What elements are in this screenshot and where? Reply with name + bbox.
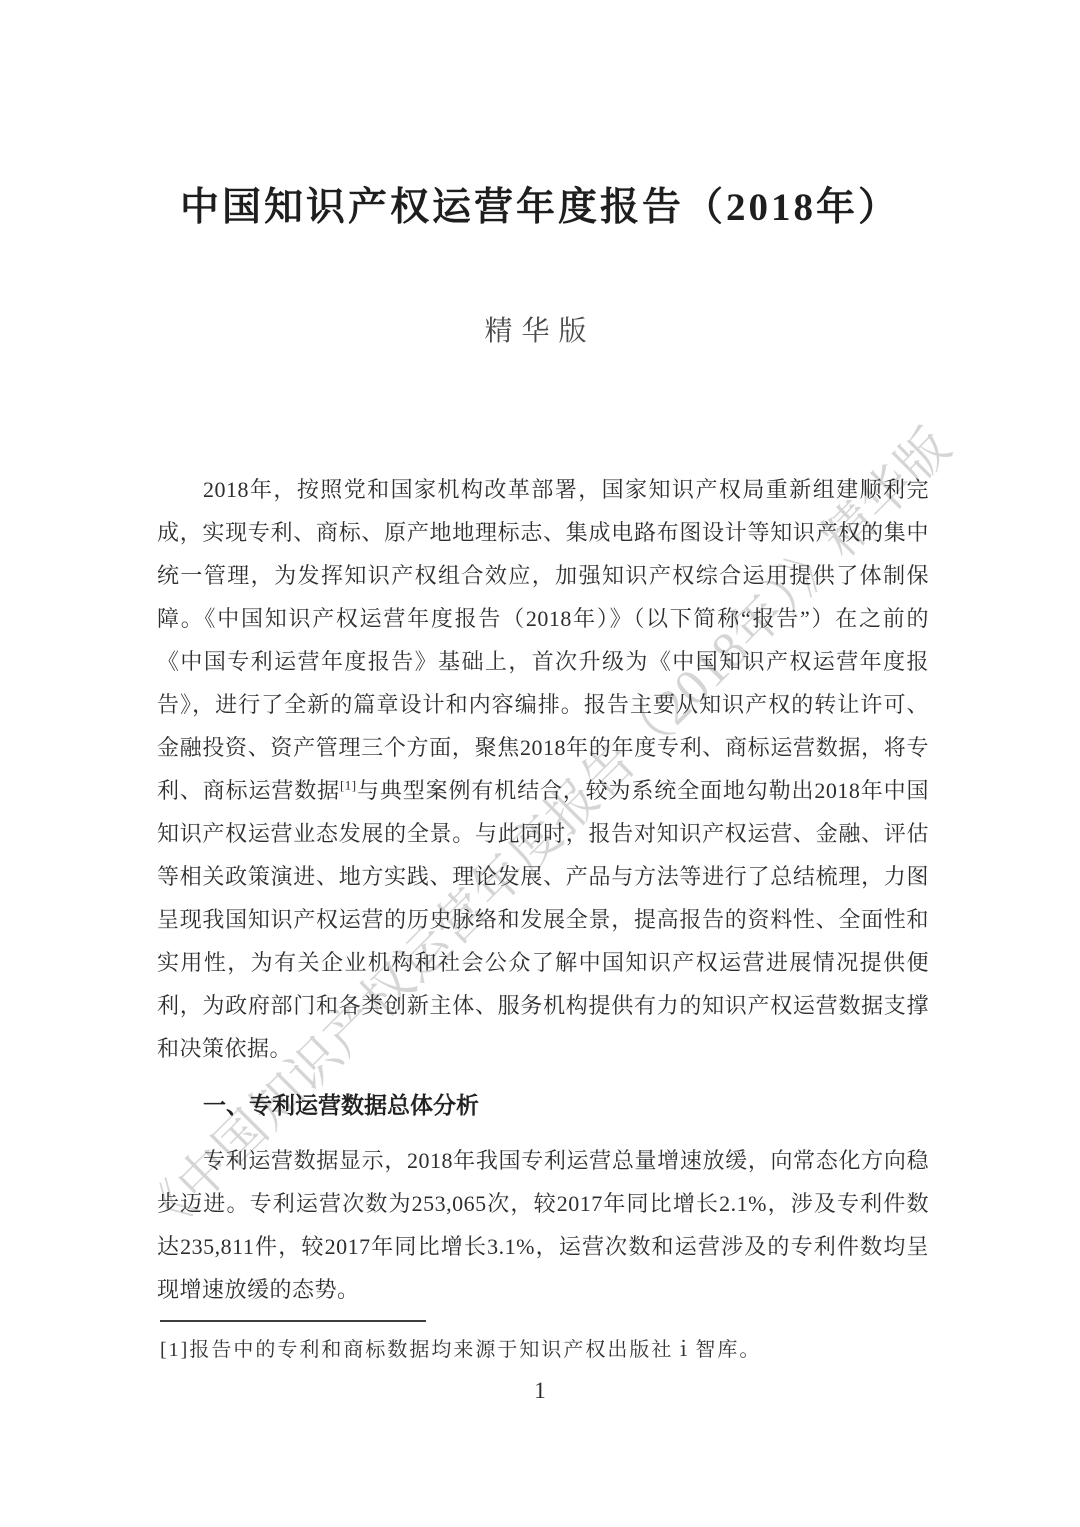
document-page: 《中国知识产权运营年度报告（2018年）》精华版 中国知识产权运营年度报告（20… (0, 0, 1080, 1527)
footnote-area: [1]报告中的专利和商标数据均来源于知识产权出版社ｉ智库。 (160, 1320, 932, 1364)
document-title: 中国知识产权运营年度报告（2018年） (0, 176, 1080, 232)
footnote-text: [1]报告中的专利和商标数据均来源于知识产权出版社ｉ智库。 (160, 1336, 932, 1364)
footnote-separator-line (160, 1320, 426, 1322)
intro-paragraph-text-after-footnote: 与典型案例有机结合，较为系统全面地勾勒出2018年中国知识产权运营业态发展的全景… (157, 778, 929, 1061)
footnote-reference-marker: [1] (340, 778, 357, 793)
document-subtitle: 精华版 (0, 309, 1080, 349)
document-body: 2018年，按照党和国家机构改革部署，国家知识产权局重新组建顺利完成，实现专利、… (157, 468, 929, 1311)
intro-paragraph: 2018年，按照党和国家机构改革部署，国家知识产权局重新组建顺利完成，实现专利、… (157, 468, 929, 1070)
patent-operation-data-paragraph: 专利运营数据显示，2018年我国专利运营总量增速放缓，向常态化方向稳步迈进。专利… (157, 1139, 929, 1311)
section-heading-patent-operation-analysis: 一、专利运营数据总体分析 (157, 1084, 929, 1127)
intro-paragraph-text-before-footnote: 2018年，按照党和国家机构改革部署，国家知识产权局重新组建顺利完成，实现专利、… (157, 477, 929, 803)
page-number: 1 (0, 1378, 1080, 1404)
